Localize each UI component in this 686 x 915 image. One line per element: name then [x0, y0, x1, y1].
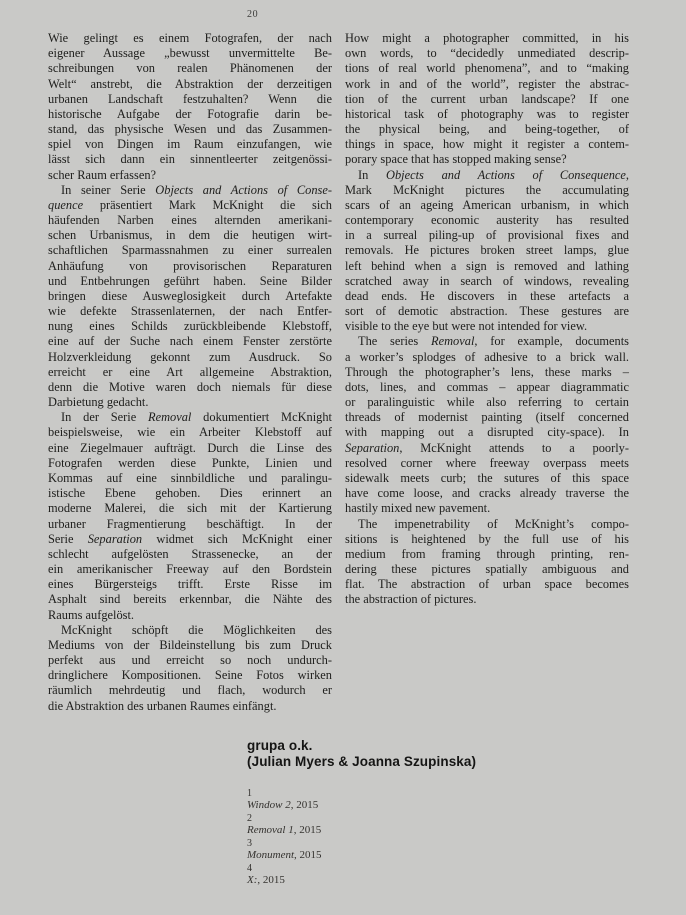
- text-run: schlecht aufgelösten Strassenecke, an de…: [48, 547, 332, 561]
- page-number: 20: [247, 9, 258, 21]
- text-line: porary space that has stopped making sen…: [345, 152, 629, 167]
- paragraph: In der Serie Removal dokumentiert McKnig…: [48, 410, 332, 622]
- text-run: Kommas auf eine sinnbildliche und parali…: [48, 471, 332, 485]
- text-line: with mapping out a disrupted city-space)…: [345, 425, 629, 440]
- text-line: or paralinguistic while also referring t…: [345, 395, 629, 410]
- text-line: In der Serie Removal dokumentiert McKnig…: [48, 410, 332, 425]
- text-line: How might a photographer committed, in h…: [345, 31, 629, 46]
- text-line: Holzverkleidung gekonnt zum Ausdruck. So: [48, 350, 332, 365]
- text-line: und Entbehrungen geführt haben. Seine Bi…: [48, 274, 332, 289]
- text-line: urbaner Fragmentierung beschäftigt. In d…: [48, 517, 332, 532]
- text-run: Fotografen werden diese Punkte, Linien u…: [48, 456, 332, 470]
- text-run: The series: [358, 334, 431, 348]
- text-run: threads of modernist painting (itself co…: [345, 410, 629, 424]
- page: { "page": { "background": "#c9c9c7", "te…: [0, 0, 686, 915]
- text-line: own words, to “decidedly unmediated desc…: [345, 46, 629, 61]
- text-line: schen Urbanismus, in dem die heutigen wi…: [48, 228, 332, 243]
- text-run: wie defekte Strassenlaternen, der nach E…: [48, 304, 332, 318]
- text-run: In seiner Serie: [61, 183, 155, 197]
- text-line: In seiner Serie Objects and Actions of C…: [48, 183, 332, 198]
- text-run: In der Serie: [61, 410, 148, 424]
- text-line: schaftlichen Sparmassnahmen zu einer sur…: [48, 243, 332, 258]
- text-run: moderne Malerei, die sich mit der Kartie…: [48, 501, 332, 515]
- text-line: left behind when a sign is removed and l…: [345, 259, 629, 274]
- text-run: Mark McKnight pictures the accumulating: [345, 183, 629, 197]
- text-line: Fotografen werden diese Punkte, Linien u…: [48, 456, 332, 471]
- text-line: eine Ziegelmauer aufträgt. Durch die Lin…: [48, 441, 332, 456]
- text-line: denn die Motive waren doch niemals für d…: [48, 380, 332, 395]
- text-line: spiel von Dingen im Raum einzufangen, wi…: [48, 137, 332, 152]
- text-line: Mediums von der Bildeinstellung bis zum …: [48, 638, 332, 653]
- author-credit: grupa o.k. (Julian Myers & Joanna Szupin…: [247, 738, 476, 770]
- text-run: left behind when a sign is removed and l…: [345, 259, 629, 273]
- text-line: scars of an ageing American urbanism, in…: [345, 198, 629, 213]
- text-line: flat. The abstraction of urban space bec…: [345, 577, 629, 592]
- text-run: spiel von Dingen im Raum einzufangen, wi…: [48, 137, 332, 151]
- text-line: Serie Separation widmet sich McKnight ei…: [48, 532, 332, 547]
- text-run: stand, das physische Wesen und das Zusam…: [48, 122, 332, 136]
- text-run: medium from framing through printing, re…: [345, 547, 629, 561]
- text-line: Mark McKnight pictures the accumulating: [345, 183, 629, 198]
- text-line: urbanen Landschaft festzuhalten? Wenn di…: [48, 92, 332, 107]
- paragraph: McKnight schöpft die Möglichkeiten desMe…: [48, 623, 332, 714]
- text-run: häufenden Narben eines alternden amerika…: [48, 213, 332, 227]
- text-run: dringlichere Kompositionen. Seine Fotos …: [48, 668, 332, 682]
- text-run: lässt sich dann ein sinnentleerter zeitg…: [48, 152, 332, 166]
- text-run: the physical being, and being-together, …: [345, 122, 629, 136]
- plate-title: Monument: [247, 849, 294, 861]
- italic-title-text: Separation: [345, 441, 399, 455]
- text-run: a worker’s splodges of adhesive to a bri…: [345, 350, 629, 364]
- text-run: eine auf der Suche nach einem Fenster ze…: [48, 334, 332, 348]
- text-run: dering these pictures spatially ambiguou…: [345, 562, 629, 576]
- text-line: things in space, how might it register a…: [345, 137, 629, 152]
- text-run: sort of demotic abstraction. These gestu…: [345, 304, 629, 318]
- text-line: sidewalk meets curb; the sutures of this…: [345, 471, 629, 486]
- plate-year: , 2015: [294, 824, 322, 836]
- text-run: beispielsweise, wie ein Arbeiter Klebsto…: [48, 425, 332, 439]
- text-line: Asphalt sind bereits erkennbar, die Näht…: [48, 592, 332, 607]
- text-line: scratched away in search of windows, rev…: [345, 274, 629, 289]
- text-run: denn die Motive waren doch niemals für d…: [48, 380, 332, 394]
- plate-captions: 1Window 2, 20152Removal 1, 20153Monument…: [247, 789, 322, 889]
- text-run: Serie: [48, 532, 88, 546]
- text-run: In: [358, 168, 386, 182]
- text-run: , McKnight attends to a poorly-: [399, 441, 629, 455]
- italic-title-text: Separation: [88, 532, 142, 546]
- text-run: schen Urbanismus, in dem die heutigen wi…: [48, 228, 332, 242]
- text-line: erreicht er eine Art allgemeine Abstrakt…: [48, 365, 332, 380]
- text-run: hastily mixed new pavement.: [345, 501, 490, 515]
- text-line: the abstraction of pictures.: [345, 592, 629, 607]
- text-columns: Wie gelingt es einem Fotografen, der nac…: [48, 31, 629, 714]
- text-run: The impenetrability of McKnight’s compo-: [358, 517, 629, 531]
- text-run: ein amerikanischer Freeway auf den Bords…: [48, 562, 332, 576]
- text-run: die Abstraktion des urbanen Raumes einfä…: [48, 699, 276, 713]
- text-run: eines Bürgersteigs trifft. Erste Risse i…: [48, 577, 332, 591]
- text-run: dokumentiert McKnight: [191, 410, 332, 424]
- text-run: historische Aufgabe der Fotografie darin…: [48, 107, 332, 121]
- plate-year: , 2015: [257, 874, 285, 886]
- text-line: resolved corner where freeway overpass m…: [345, 456, 629, 471]
- text-run: eine Ziegelmauer aufträgt. Durch die Lin…: [48, 441, 332, 455]
- plate-title: X:: [247, 874, 257, 886]
- text-line: perfekt aus und erreicht so noch undurch…: [48, 653, 332, 668]
- text-run: Darbietung gedacht.: [48, 395, 148, 409]
- text-run: Through the photographer’s lens, these m…: [345, 365, 629, 379]
- text-run: tion of the current urban landscape? If …: [345, 92, 629, 106]
- plate-title-year: Removal 1, 2015: [247, 824, 322, 836]
- plate-number: 1: [247, 789, 322, 799]
- text-run: own words, to “decidedly unmediated desc…: [345, 46, 629, 60]
- text-line: historical task of photography was to re…: [345, 107, 629, 122]
- text-line: räumlich mehrdeutig und flach, wodurch e…: [48, 683, 332, 698]
- plate-title-year: Window 2, 2015: [247, 799, 322, 811]
- text-line: schreibungen von realen Phänomenen der: [48, 61, 332, 76]
- plate-caption: 4X:, 2015: [247, 864, 322, 886]
- text-run: Wie gelingt es einem Fotografen, der nac…: [48, 31, 332, 45]
- text-line: bringen diese Ausweglosigkeit durch Arte…: [48, 289, 332, 304]
- text-run: resolved corner where freeway overpass m…: [345, 456, 629, 470]
- text-line: Kommas auf eine sinnbildliche und parali…: [48, 471, 332, 486]
- text-line: Welt“ anstrebt, die Abstraktion der derz…: [48, 77, 332, 92]
- text-line: ein amerikanischer Freeway auf den Bords…: [48, 562, 332, 577]
- paragraph: In seiner Serie Objects and Actions of C…: [48, 183, 332, 411]
- text-run: bringen diese Ausweglosigkeit durch Arte…: [48, 289, 332, 303]
- text-line: tion of the current urban landscape? If …: [345, 92, 629, 107]
- text-run: widmet sich McKnight einer: [142, 532, 332, 546]
- plate-title-year: X:, 2015: [247, 874, 322, 886]
- text-run: urbanen Landschaft festzuhalten? Wenn di…: [48, 92, 332, 106]
- text-run: dead ends. He discovers in these artefac…: [345, 289, 629, 303]
- text-run: sidewalk meets curb; the sutures of this…: [345, 471, 629, 485]
- plate-year: , 2015: [294, 849, 322, 861]
- text-run: historical task of photography was to re…: [345, 107, 629, 121]
- text-run: schaftlichen Sparmassnahmen zu einer sur…: [48, 243, 332, 257]
- text-run: sitions is heightened by the full use of…: [345, 532, 629, 546]
- text-run: Anhäufung von provisorischen Reparaturen: [48, 259, 332, 273]
- plate-title-year: Monument, 2015: [247, 849, 322, 861]
- text-run: räumlich mehrdeutig und flach, wodurch e…: [48, 683, 332, 697]
- text-line: Separation, McKnight attends to a poorly…: [345, 441, 629, 456]
- text-line: häufenden Narben eines alternden amerika…: [48, 213, 332, 228]
- italic-title-text: quence: [48, 198, 83, 212]
- text-line: nung eines Schilds zurückbleibende Klebs…: [48, 319, 332, 334]
- text-run: flat. The abstraction of urban space bec…: [345, 577, 629, 591]
- text-run: und Entbehrungen geführt haben. Seine Bi…: [48, 274, 332, 288]
- text-run: McKnight schöpft die Möglichkeiten des: [61, 623, 332, 637]
- italic-title-text: Objects and Actions of Consequence: [386, 168, 626, 182]
- text-run: scher Raum erfassen?: [48, 168, 156, 182]
- text-line: sitions is heightened by the full use of…: [345, 532, 629, 547]
- italic-title-text: Removal: [431, 334, 474, 348]
- plate-number: 3: [247, 839, 322, 849]
- text-run: tions of real world phenomena”, and to “…: [345, 61, 629, 75]
- author-name: grupa o.k.: [247, 738, 476, 754]
- text-run: nung eines Schilds zurückbleibende Klebs…: [48, 319, 332, 333]
- text-run: Welt“ anstrebt, die Abstraktion der derz…: [48, 77, 332, 91]
- text-run: Raums aufgelöst.: [48, 608, 134, 622]
- text-run: Mediums von der Bildeinstellung bis zum …: [48, 638, 332, 652]
- text-line: tions of real world phenomena”, and to “…: [345, 61, 629, 76]
- text-run: istische Ebene gehoben. Dies erinnert an: [48, 486, 332, 500]
- text-line: medium from framing through printing, re…: [345, 547, 629, 562]
- text-line: Wie gelingt es einem Fotografen, der nac…: [48, 31, 332, 46]
- text-run: scratched away in search of windows, rev…: [345, 274, 629, 288]
- text-run: erreicht er eine Art allgemeine Abstrakt…: [48, 365, 332, 379]
- text-run: perfekt aus und erreicht so noch undurch…: [48, 653, 332, 667]
- text-line: historische Aufgabe der Fotografie darin…: [48, 107, 332, 122]
- text-line: The series Removal, for example, documen…: [345, 334, 629, 349]
- text-line: McKnight schöpft die Möglichkeiten des: [48, 623, 332, 638]
- text-line: visible to the eye but were not intended…: [345, 319, 629, 334]
- text-run: with mapping out a disrupted city-space)…: [345, 425, 629, 439]
- text-line: removals. He pictures broken street lamp…: [345, 243, 629, 258]
- plate-number: 2: [247, 814, 322, 824]
- paragraph: The series Removal, for example, documen…: [345, 334, 629, 516]
- text-line: hastily mixed new pavement.: [345, 501, 629, 516]
- text-line: in a surreal piling-up of provisional fi…: [345, 228, 629, 243]
- plate-title: Removal 1: [247, 824, 294, 836]
- text-line: have come loose, and cracks already trav…: [345, 486, 629, 501]
- text-run: urbaner Fragmentierung beschäftigt. In d…: [48, 517, 332, 531]
- text-run: removals. He pictures broken street lamp…: [345, 243, 629, 257]
- text-run: visible to the eye but were not intended…: [345, 319, 587, 333]
- plate-caption: 3Monument, 2015: [247, 839, 322, 861]
- text-run: dots, lines, and commas – appear diagram…: [345, 380, 629, 394]
- text-line: eine auf der Suche nach einem Fenster ze…: [48, 334, 332, 349]
- text-line: dead ends. He discovers in these artefac…: [345, 289, 629, 304]
- text-run: or paralinguistic while also referring t…: [345, 395, 629, 409]
- text-line: moderne Malerei, die sich mit der Kartie…: [48, 501, 332, 516]
- column-english: How might a photographer committed, in h…: [345, 31, 629, 714]
- text-run: have come loose, and cracks already trav…: [345, 486, 629, 500]
- italic-title-text: Removal: [148, 410, 191, 424]
- text-run: präsentiert Mark McKnight die sich: [83, 198, 332, 212]
- plate-number: 4: [247, 864, 322, 874]
- text-run: the abstraction of pictures.: [345, 592, 476, 606]
- plate-year: , 2015: [291, 799, 319, 811]
- text-run: in a surreal piling-up of provisional fi…: [345, 228, 629, 242]
- author-members: (Julian Myers & Joanna Szupinska): [247, 754, 476, 770]
- text-line: scher Raum erfassen?: [48, 168, 332, 183]
- plate-caption: 1Window 2, 2015: [247, 789, 322, 811]
- text-run: porary space that has stopped making sen…: [345, 152, 567, 166]
- text-line: dringlichere Kompositionen. Seine Fotos …: [48, 668, 332, 683]
- text-line: Through the photographer’s lens, these m…: [345, 365, 629, 380]
- text-line: work in and of the world”, register the …: [345, 77, 629, 92]
- text-line: lässt sich dann ein sinnentleerter zeitg…: [48, 152, 332, 167]
- text-line: the physical being, and being-together, …: [345, 122, 629, 137]
- text-run: ,: [626, 168, 629, 182]
- text-line: Anhäufung von provisorischen Reparaturen: [48, 259, 332, 274]
- text-line: die Abstraktion des urbanen Raumes einfä…: [48, 699, 332, 714]
- paragraph: The impenetrability of McKnight’s compo-…: [345, 517, 629, 608]
- text-line: The impenetrability of McKnight’s compo-: [345, 517, 629, 532]
- text-line: eigener Aussage „bewusst unvermittelte B…: [48, 46, 332, 61]
- text-run: eigener Aussage „bewusst unvermittelte B…: [48, 46, 332, 60]
- paragraph: Wie gelingt es einem Fotografen, der nac…: [48, 31, 332, 183]
- text-line: wie defekte Strassenlaternen, der nach E…: [48, 304, 332, 319]
- text-line: dots, lines, and commas – appear diagram…: [345, 380, 629, 395]
- column-german: Wie gelingt es einem Fotografen, der nac…: [48, 31, 332, 714]
- text-run: schreibungen von realen Phänomenen der: [48, 61, 332, 75]
- text-line: In Objects and Actions of Consequence,: [345, 168, 629, 183]
- text-line: dering these pictures spatially ambiguou…: [345, 562, 629, 577]
- text-line: sort of demotic abstraction. These gestu…: [345, 304, 629, 319]
- text-run: work in and of the world”, register the …: [345, 77, 629, 91]
- text-run: How might a photographer committed, in h…: [345, 31, 629, 45]
- text-line: threads of modernist painting (itself co…: [345, 410, 629, 425]
- italic-title-text: Objects and Actions of Conse-: [155, 183, 332, 197]
- text-line: a worker’s splodges of adhesive to a bri…: [345, 350, 629, 365]
- text-line: quence präsentiert Mark McKnight die sic…: [48, 198, 332, 213]
- plate-title: Window 2: [247, 799, 291, 811]
- text-line: schlecht aufgelösten Strassenecke, an de…: [48, 547, 332, 562]
- text-line: contemporary economic austerity has resu…: [345, 213, 629, 228]
- paragraph: In Objects and Actions of Consequence,Ma…: [345, 168, 629, 335]
- text-line: Darbietung gedacht.: [48, 395, 332, 410]
- text-line: eines Bürgersteigs trifft. Erste Risse i…: [48, 577, 332, 592]
- text-line: Raums aufgelöst.: [48, 608, 332, 623]
- text-run: contemporary economic austerity has resu…: [345, 213, 629, 227]
- text-line: beispielsweise, wie ein Arbeiter Klebsto…: [48, 425, 332, 440]
- text-line: istische Ebene gehoben. Dies erinnert an: [48, 486, 332, 501]
- text-run: things in space, how might it register a…: [345, 137, 629, 151]
- text-line: stand, das physische Wesen und das Zusam…: [48, 122, 332, 137]
- text-run: Asphalt sind bereits erkennbar, die Näht…: [48, 592, 332, 606]
- text-run: , for example, documents: [474, 334, 629, 348]
- text-run: scars of an ageing American urbanism, in…: [345, 198, 629, 212]
- paragraph: How might a photographer committed, in h…: [345, 31, 629, 168]
- plate-caption: 2Removal 1, 2015: [247, 814, 322, 836]
- text-run: Holzverkleidung gekonnt zum Ausdruck. So: [48, 350, 332, 364]
